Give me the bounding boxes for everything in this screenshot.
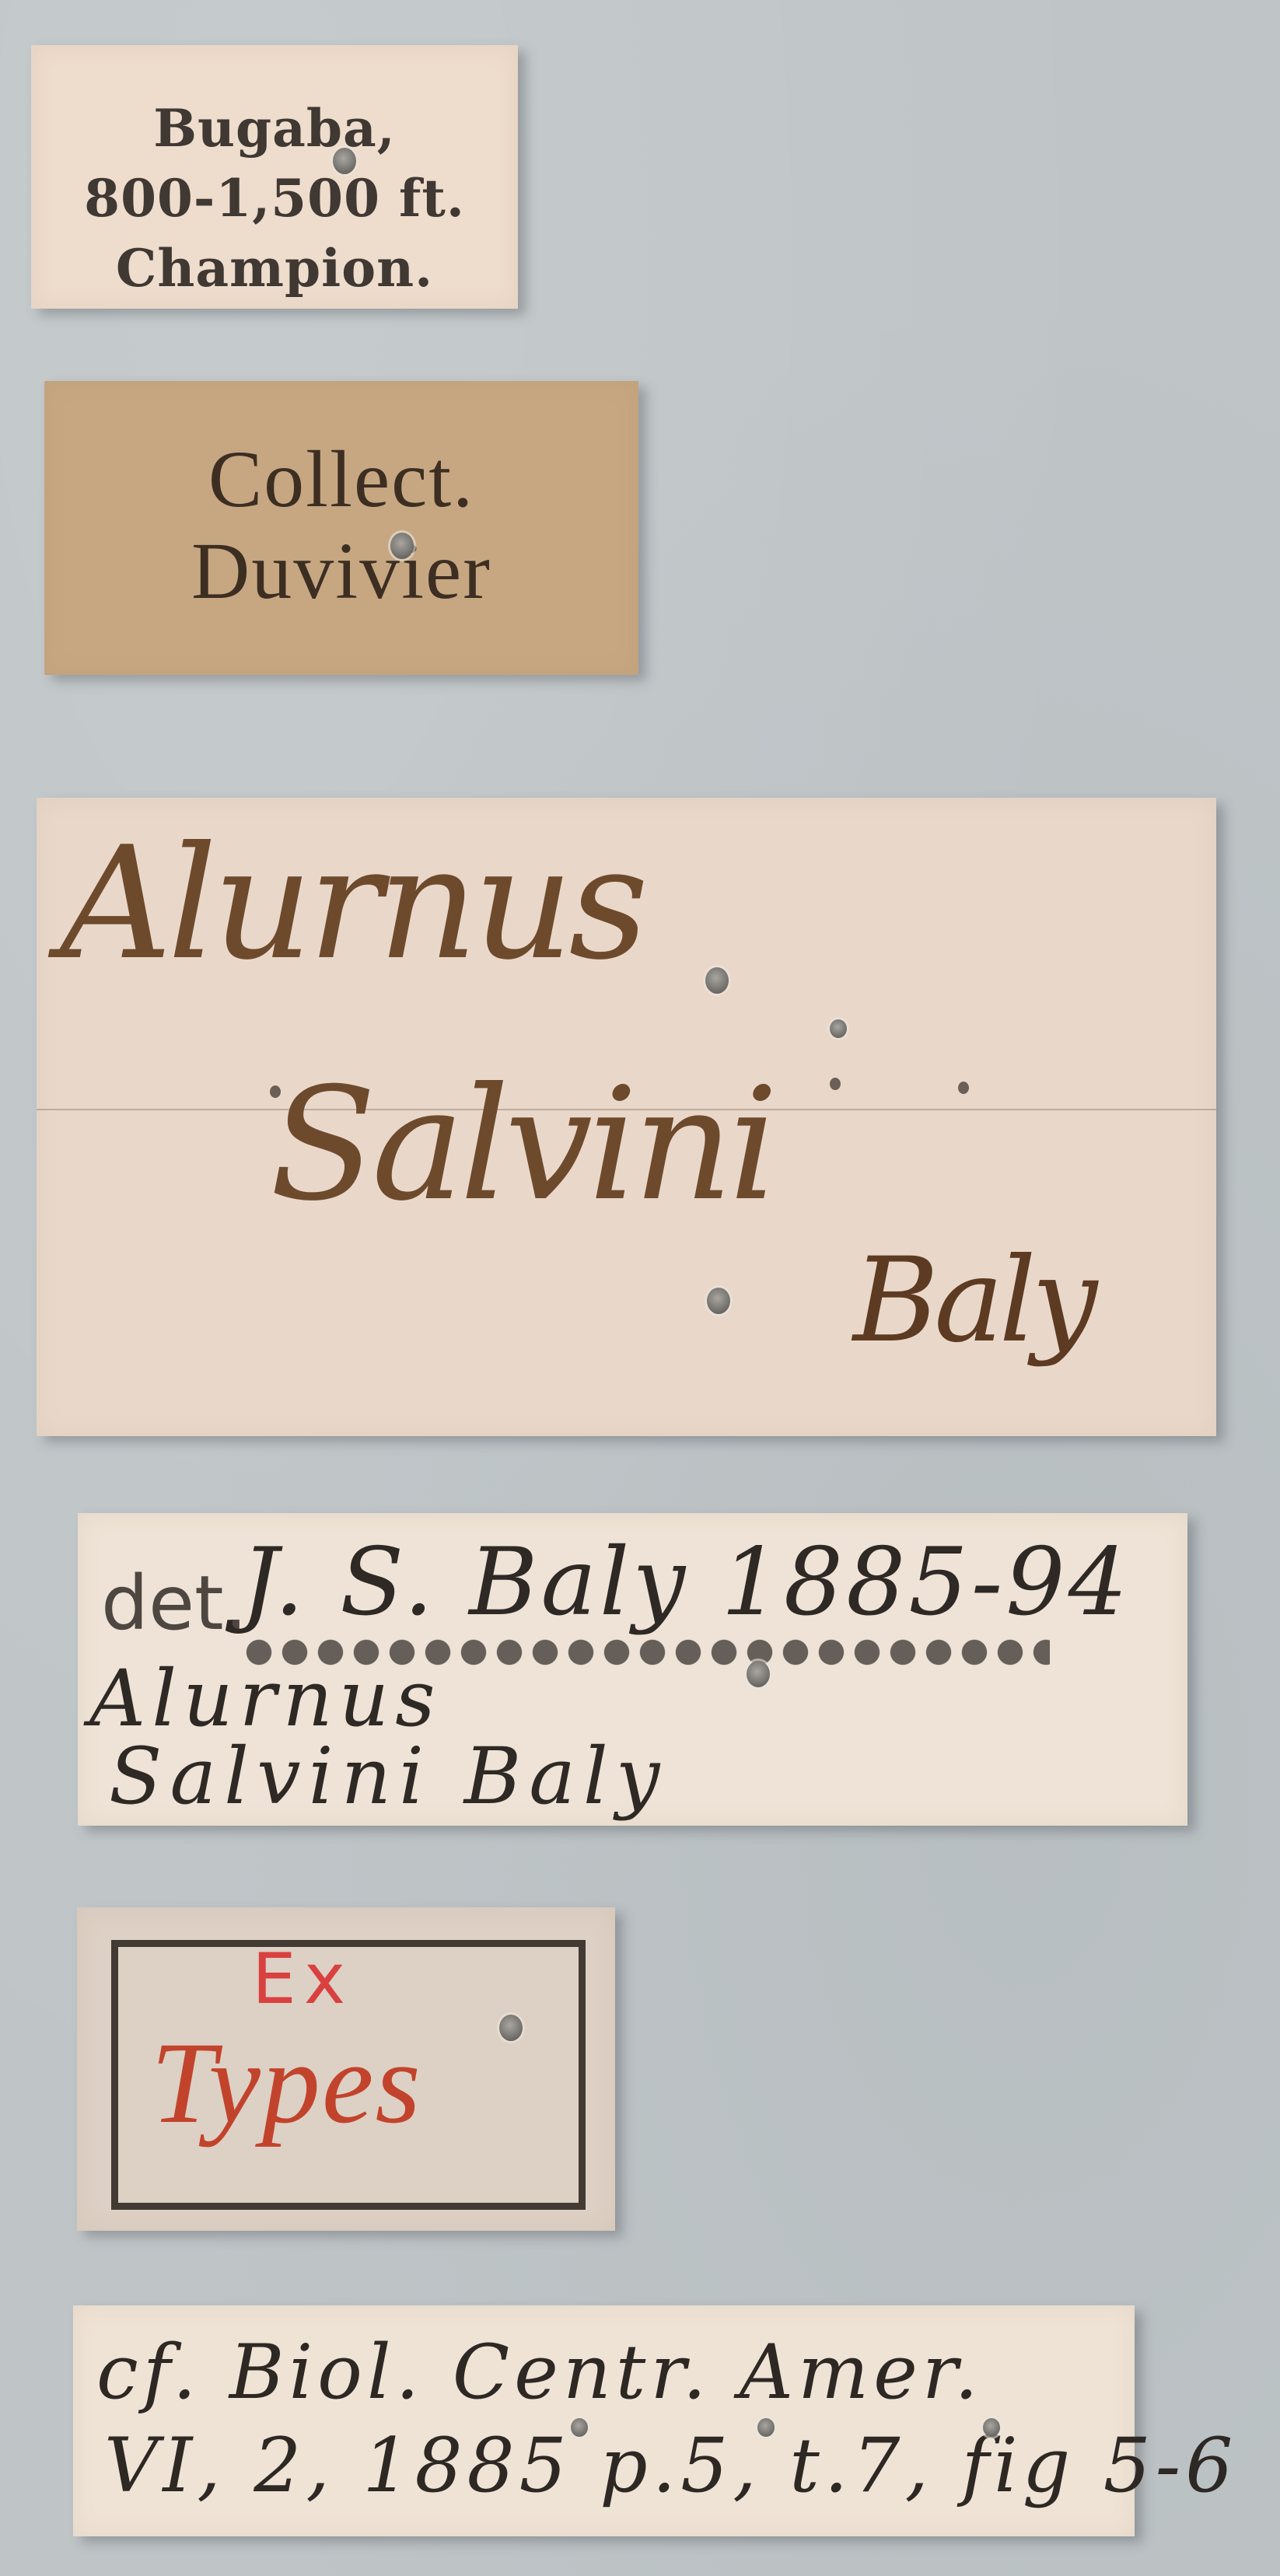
reference-line-1: cf. Biol. Centr. Amer. bbox=[96, 2329, 983, 2416]
author-handwriting: Baly bbox=[853, 1233, 1093, 1368]
locality-label: Bugaba, 800-1,500 ft. Champion. bbox=[31, 45, 518, 309]
collection-line-1: Collect. bbox=[44, 434, 638, 526]
types-text: Types bbox=[151, 2016, 422, 2150]
collection-label: Collect. Duvivier bbox=[44, 381, 638, 675]
locality-line-3: Champion. bbox=[31, 233, 518, 303]
det-prefix: det. bbox=[101, 1560, 247, 1647]
handwritten-name-label: Alurnus Salvini Baly bbox=[37, 798, 1216, 1436]
pin-hole-icon bbox=[830, 1078, 841, 1090]
determiner-name: J. S. Baly 1885-94 bbox=[241, 1529, 1131, 1637]
pin-hole-icon bbox=[571, 2418, 588, 2437]
pin-hole-icon bbox=[705, 967, 729, 994]
pin-hole-icon bbox=[270, 1085, 281, 1098]
pin-hole-icon bbox=[830, 1019, 847, 1038]
reference-line-2: VI, 2, 1885 p.5, t.7, fig 5-6 bbox=[104, 2422, 1237, 2509]
pin-hole-icon bbox=[390, 533, 414, 559]
type-status-label: Ex Types bbox=[77, 1907, 615, 2231]
locality-text: Bugaba, 800-1,500 ft. Champion. bbox=[31, 93, 518, 303]
pin-hole-icon bbox=[983, 2418, 1000, 2437]
pin-hole-icon bbox=[499, 2015, 523, 2041]
pin-hole-icon bbox=[757, 2418, 775, 2437]
determination-label: det. J. S. Baly 1885-94 Alurnus Salvini … bbox=[78, 1513, 1187, 1826]
pin-hole-icon bbox=[958, 1082, 969, 1094]
locality-line-2: 800-1,500 ft. bbox=[31, 163, 518, 233]
genus-handwriting: Alurnus bbox=[60, 813, 644, 994]
collection-text: Collect. Duvivier bbox=[44, 434, 638, 617]
species-line: Salvini Baly bbox=[109, 1731, 667, 1822]
reference-label: cf. Biol. Centr. Amer. VI, 2, 1885 p.5, … bbox=[73, 2305, 1135, 2536]
pin-hole-icon bbox=[707, 1288, 730, 1314]
collection-line-2: Duvivier bbox=[44, 526, 638, 617]
species-handwriting: Salvini bbox=[270, 1054, 774, 1236]
ex-superscript: Ex bbox=[252, 1938, 353, 2020]
pin-hole-icon bbox=[333, 148, 356, 174]
pin-hole-icon bbox=[747, 1661, 770, 1687]
locality-line-1: Bugaba, bbox=[31, 93, 518, 163]
